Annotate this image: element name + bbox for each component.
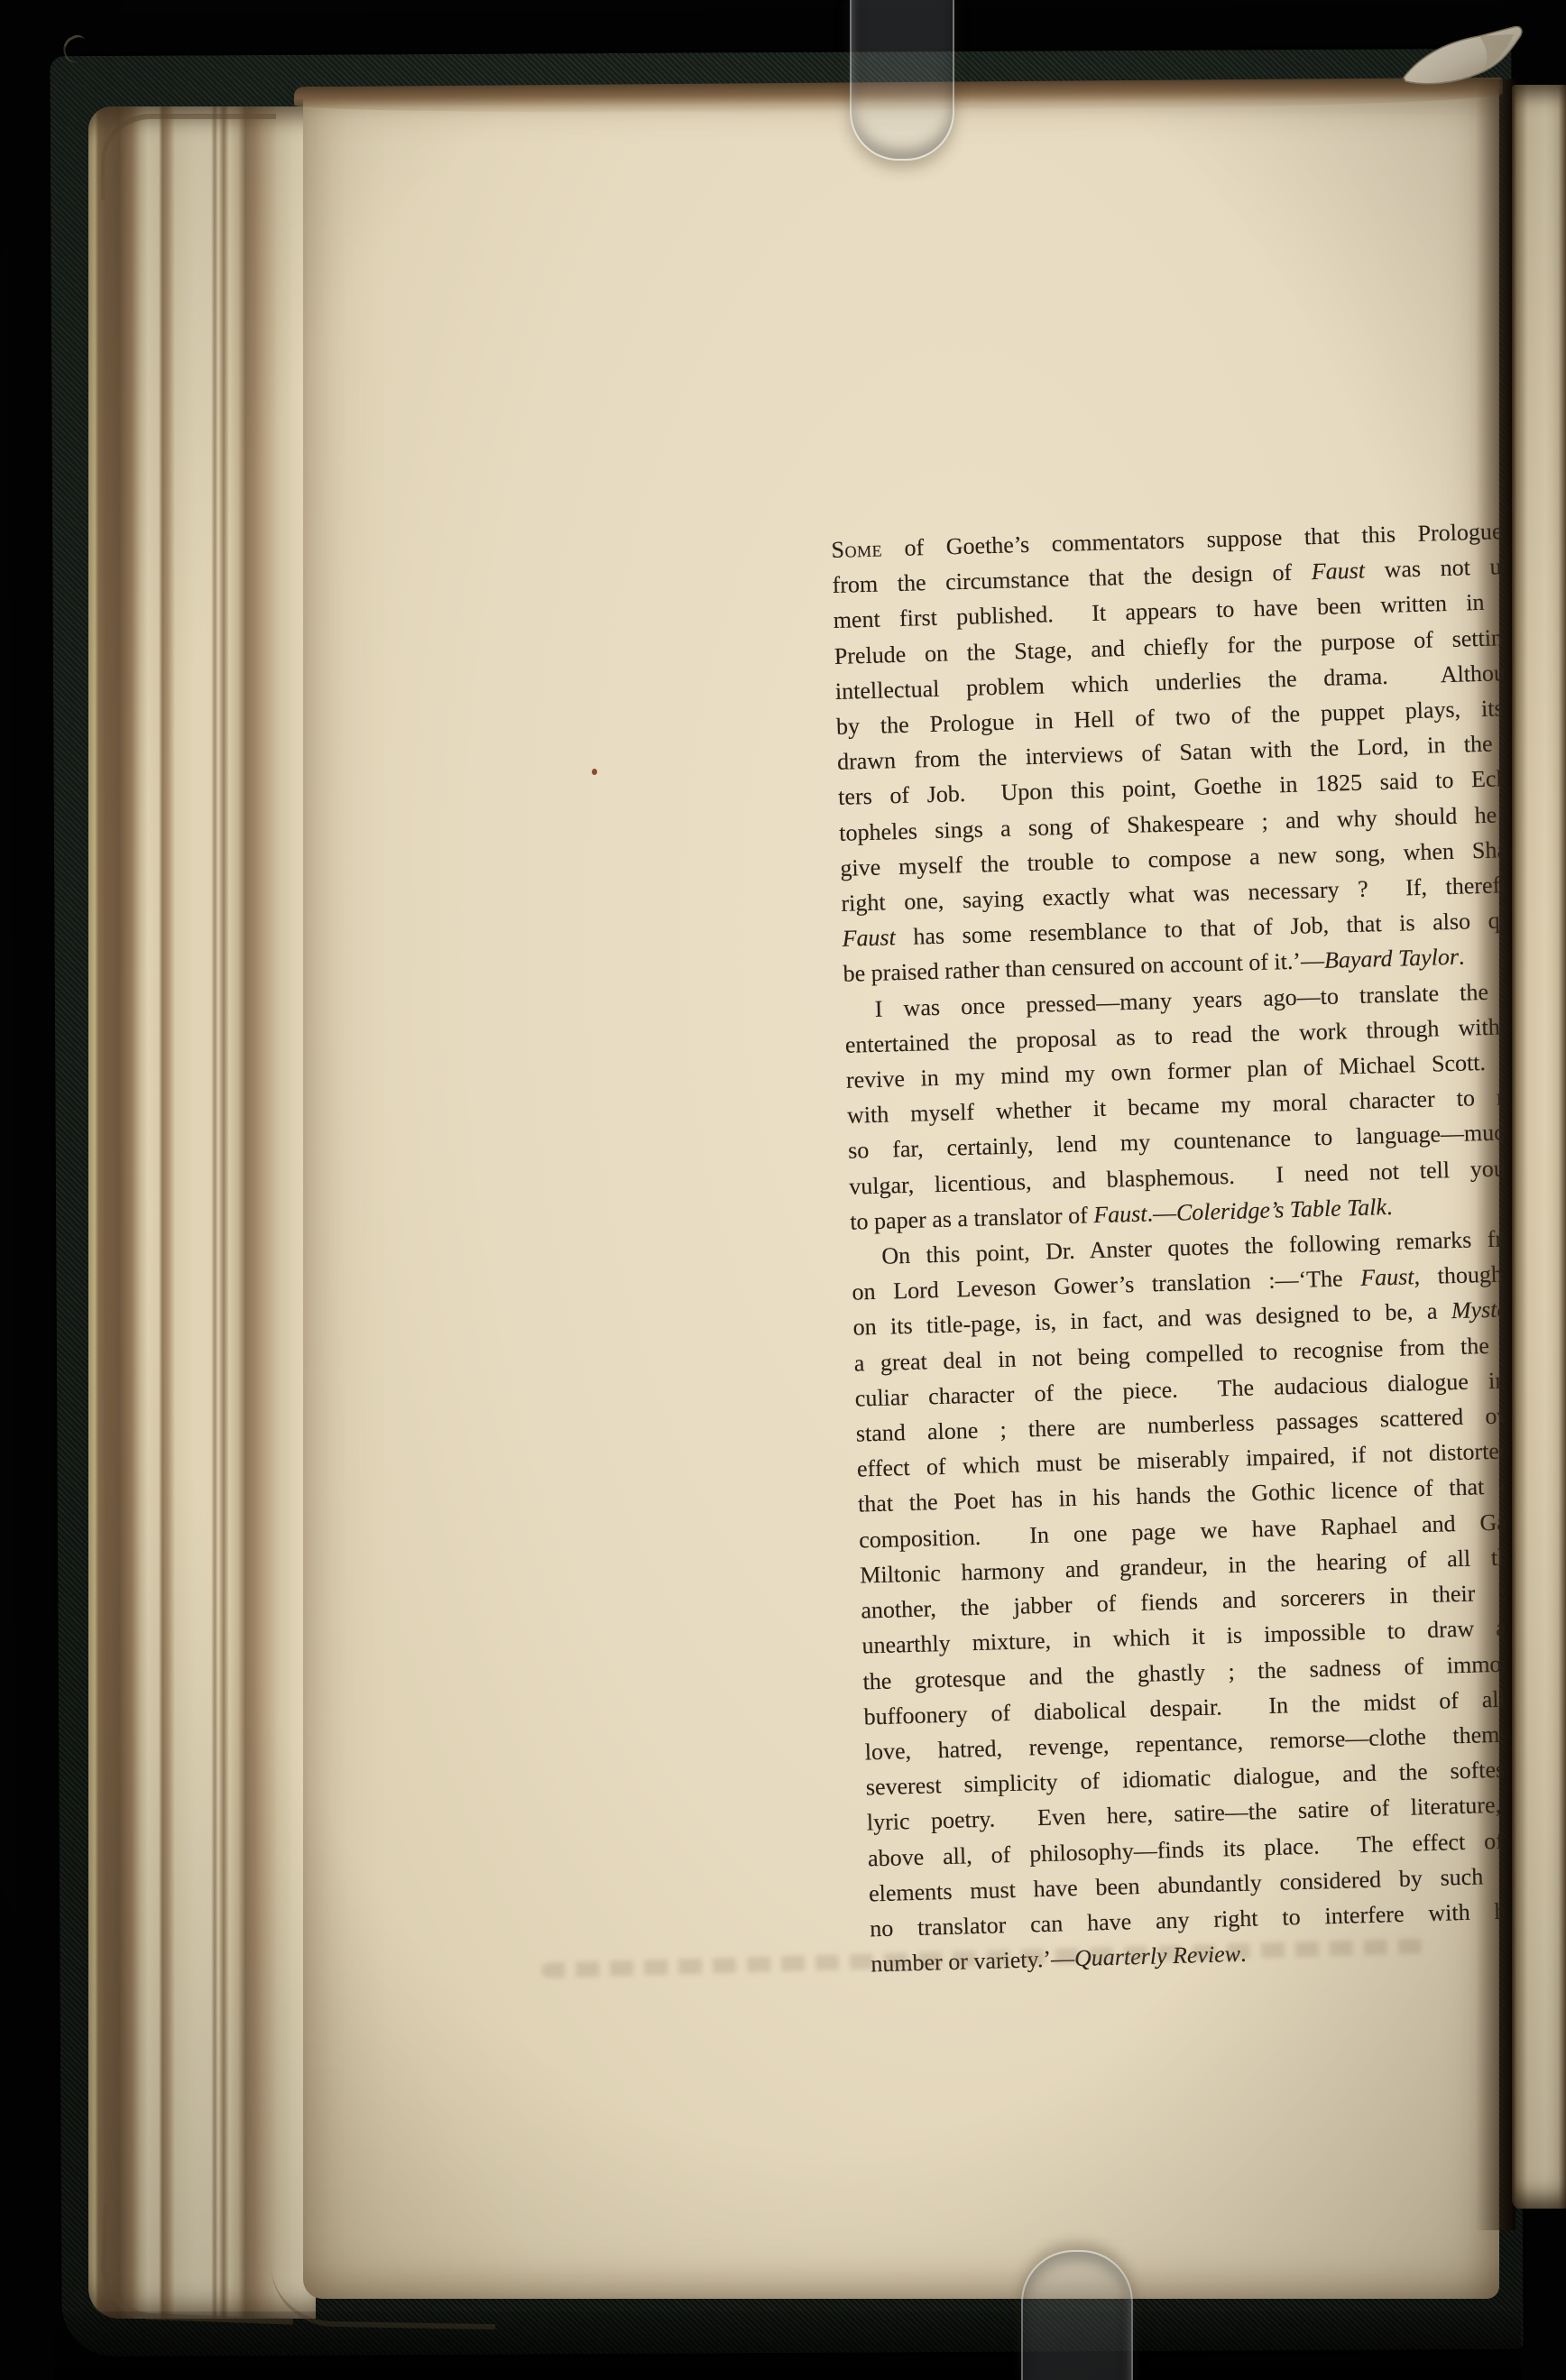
ink-fleck: [592, 769, 597, 775]
book-scan: Some of Goethe’s commentators suppose th…: [0, 0, 1566, 2380]
page-text: Some of Goethe’s commentators suppose th…: [831, 507, 1566, 1982]
page-holder-strap-bottom: [1021, 2250, 1133, 2380]
page-edge-stack: [88, 106, 316, 2319]
bookmark-ribbon: [1396, 22, 1532, 108]
page-holder-strap-top: [850, 0, 954, 161]
paragraph: Some of Goethe’s commentators suppose th…: [831, 507, 1566, 992]
paragraph: I was once pressed—many years ago—to tra…: [843, 966, 1566, 1240]
paragraph: On this point, Dr. Anster quotes the fol…: [851, 1213, 1566, 1981]
facing-page-sliver: [1512, 85, 1566, 2209]
gutter-shadow: [1476, 79, 1515, 2230]
bottom-cover-shadow: [54, 2311, 1521, 2380]
page-corner-edge: [99, 2205, 297, 2324]
page-corner-edge: [101, 114, 276, 200]
